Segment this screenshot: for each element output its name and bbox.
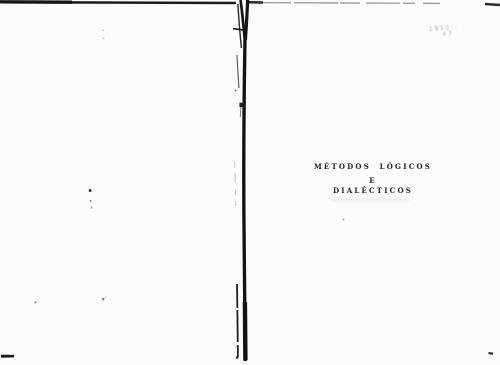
- pencil-inscription: 1911·: 47: [429, 24, 459, 39]
- dust-speck: [103, 30, 104, 31]
- gutter-faint-mid-line: [235, 162, 236, 206]
- book-title-line-1: MÉTODOS LÓGICOS: [298, 163, 448, 170]
- pencil-inscription-line-2: 47: [442, 31, 458, 38]
- dust-speck: [35, 301, 37, 303]
- top-right-corner-dash: [485, 4, 500, 5]
- bottom-right-speck: [488, 352, 493, 355]
- dust-speck: [102, 298, 104, 300]
- ink-bleed-smudge: [332, 198, 410, 201]
- gutter-bottom-secondary-line: [237, 284, 238, 357]
- right-page-top-edge-faint: [263, 3, 440, 4]
- gutter-right-branch: [245, 0, 247, 40]
- dust-speck: [90, 200, 92, 202]
- gutter-left-branch: [241, 0, 245, 38]
- gutter-shadow-bottom-thick: [245, 302, 246, 360]
- gutter-ink-blob: [239, 103, 242, 108]
- dust-speck: [89, 189, 92, 192]
- dust-speck: [343, 219, 345, 221]
- dust-speck: [105, 297, 106, 298]
- gutter-bottom-foot: [236, 357, 239, 359]
- scanned-book-spread: MÉTODOS LÓGICOS E DIALÉCTICOS 1911·: 47: [0, 0, 500, 365]
- book-title-line-2: E: [298, 177, 448, 184]
- book-title-line-3: DIALÉCTICOS: [298, 187, 448, 194]
- bottom-left-edge-dash: [1, 355, 14, 358]
- gutter-tick: [233, 29, 243, 30]
- gutter-splinter-mid: [237, 55, 239, 88]
- dust-speck: [91, 207, 92, 209]
- dust-speck: [103, 37, 104, 39]
- gutter-ink-dot: [235, 90, 237, 92]
- gutter-blob-tail: [240, 107, 241, 117]
- dust-speck: [37, 300, 38, 301]
